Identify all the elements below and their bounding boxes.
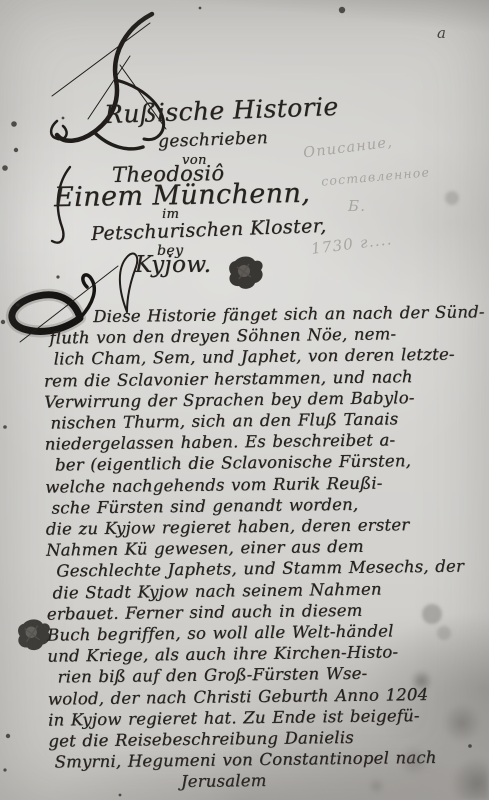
pencil-note-3: Б. [348, 197, 366, 215]
title-line-5: Einem Münchenn, [54, 178, 311, 213]
ink-stamp-blot [18, 619, 50, 650]
body-text: Diese Historie fänget sich an nach der S… [43, 301, 481, 794]
pencil-note-1: Описание, [302, 135, 393, 162]
manuscript-page: a Rußische Historie geschrieben von Theo… [0, 0, 489, 800]
title-line-7: Petschurischen Kloster, [91, 215, 327, 245]
pencil-note-2: составленное [321, 164, 431, 188]
title-line-1: Rußische Historie [104, 92, 339, 129]
ink-stamp-blot [229, 257, 262, 289]
body-line: Jerusalem [181, 768, 481, 793]
folio-mark: a [437, 24, 446, 42]
title-line-9: Kyjow. [135, 252, 211, 278]
title-line-2: geschrieben [158, 128, 269, 152]
